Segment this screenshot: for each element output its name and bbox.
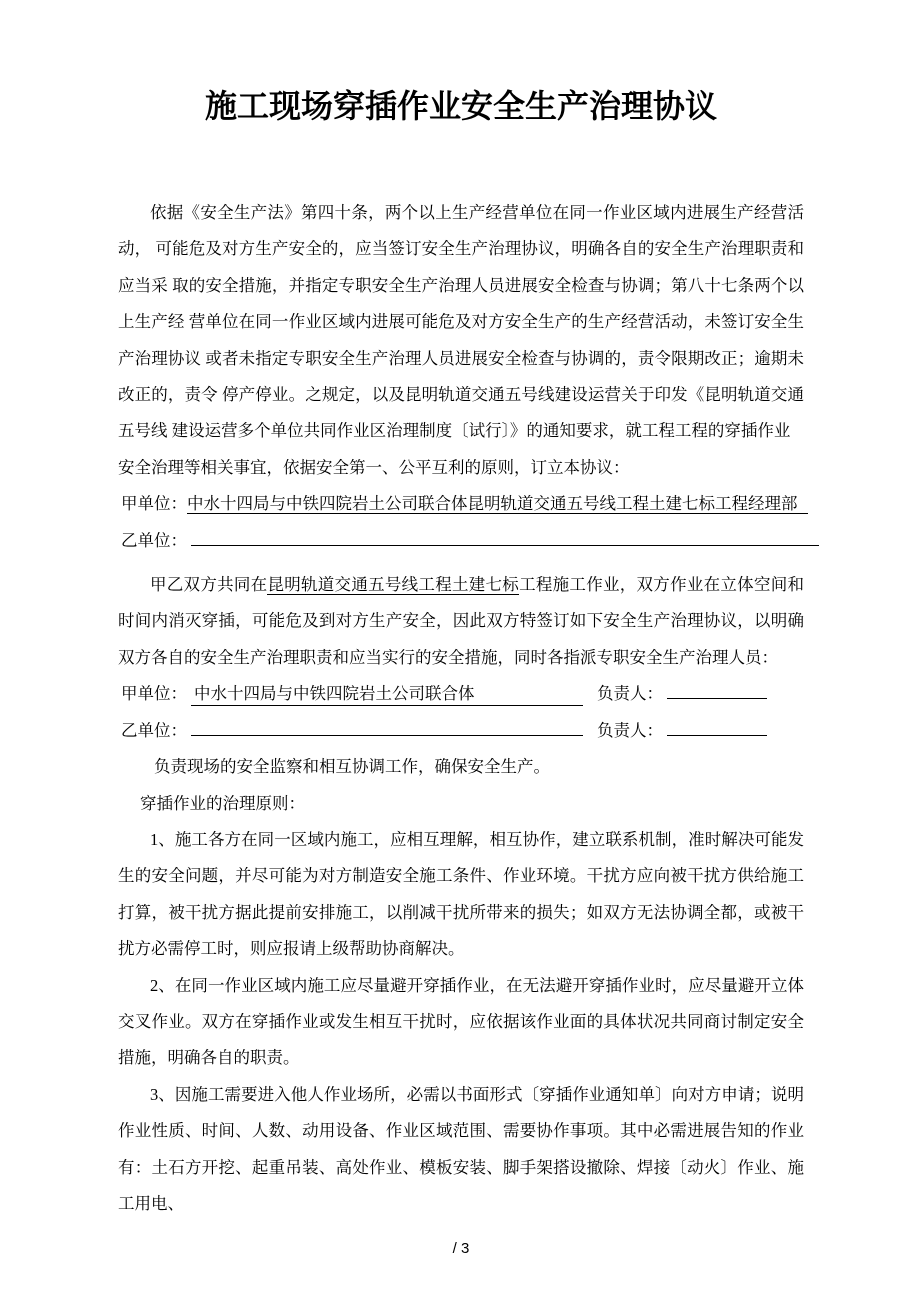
intro-paragraph-1: 依据《安全生产法》第四十条，两个以上生产经营单位在同一作业区域内进展生产经营活动… — [118, 195, 804, 450]
party-a-line: 甲单位：中水十四局与中铁四院岩土公司联合体昆明轨道交通五号线工程土建七标工程经理… — [118, 486, 804, 522]
document-page: 施工现场穿插作业安全生产治理协议 依据《安全生产法》第四十条，两个以上生产经营单… — [0, 0, 920, 1302]
sign-party-a-manager-blank — [667, 678, 767, 699]
document-body: 依据《安全生产法》第四十条，两个以上生产经营单位在同一作业区域内进展生产经营活动… — [118, 195, 804, 1222]
sign-party-a-line: 甲单位：中水十四局与中铁四院岩土公司联合体负责人： — [118, 676, 804, 712]
sign-party-b-line: 乙单位：负责人： — [118, 713, 804, 749]
sign-party-a-label: 甲单位： — [121, 684, 187, 703]
joint-paragraph: 甲乙双方共同在昆明轨道交通五号线工程土建七标工程施工作业，双方作业在立体空间和时… — [118, 567, 804, 676]
sign-party-b-blank — [191, 715, 583, 736]
sign-party-b-label: 乙单位： — [121, 721, 187, 740]
party-b-label: 乙单位： — [121, 531, 187, 550]
party-a-label: 甲单位： — [121, 494, 187, 513]
sign-party-b-manager-blank — [667, 715, 767, 736]
project-name-underlined: 昆明轨道交通五号线工程土建七标 — [267, 575, 519, 595]
sign-party-a-fill: 中水十四局与中铁四院岩土公司联合体 — [191, 683, 583, 706]
party-b-line: 乙单位： — [118, 523, 804, 559]
document-title: 施工现场穿插作业安全生产治理协议 — [118, 85, 804, 127]
sign-party-b-manager-label: 负责人： — [597, 721, 663, 740]
principles-heading: 穿插作业的治理原则： — [118, 786, 804, 822]
agreement-item-3: 3、因施工需要进入他人作业场所，必需以书面形式〔穿插作业通知单〕向对方申请；说明… — [118, 1077, 804, 1223]
supervision-line: 负责现场的安全监察和相互协调工作，确保安全生产。 — [118, 749, 804, 785]
agreement-item-2: 2、在同一作业区域内施工应尽量避开穿插作业，在无法避开穿插作业时，应尽量避开立体… — [118, 968, 804, 1077]
sign-party-a-manager-label: 负责人： — [597, 684, 663, 703]
joint-paragraph-prefix: 甲乙双方共同在 — [150, 575, 267, 594]
page-number: / 3 — [118, 1238, 804, 1260]
party-a-value-underlined: 中水十四局与中铁四院岩土公司联合体昆明轨道交通五号线工程土建七标工程经理部 — [187, 494, 808, 514]
agreement-item-1: 1、施工各方在同一区域内施工，应相互理解，相互协作，建立联系机制，准时解决可能发… — [118, 822, 804, 968]
intro-paragraph-2: 安全治理等相关事宜，依据安全第一、公平互利的原则，订立本协议： — [118, 450, 804, 486]
party-b-blank-underline — [191, 525, 819, 546]
